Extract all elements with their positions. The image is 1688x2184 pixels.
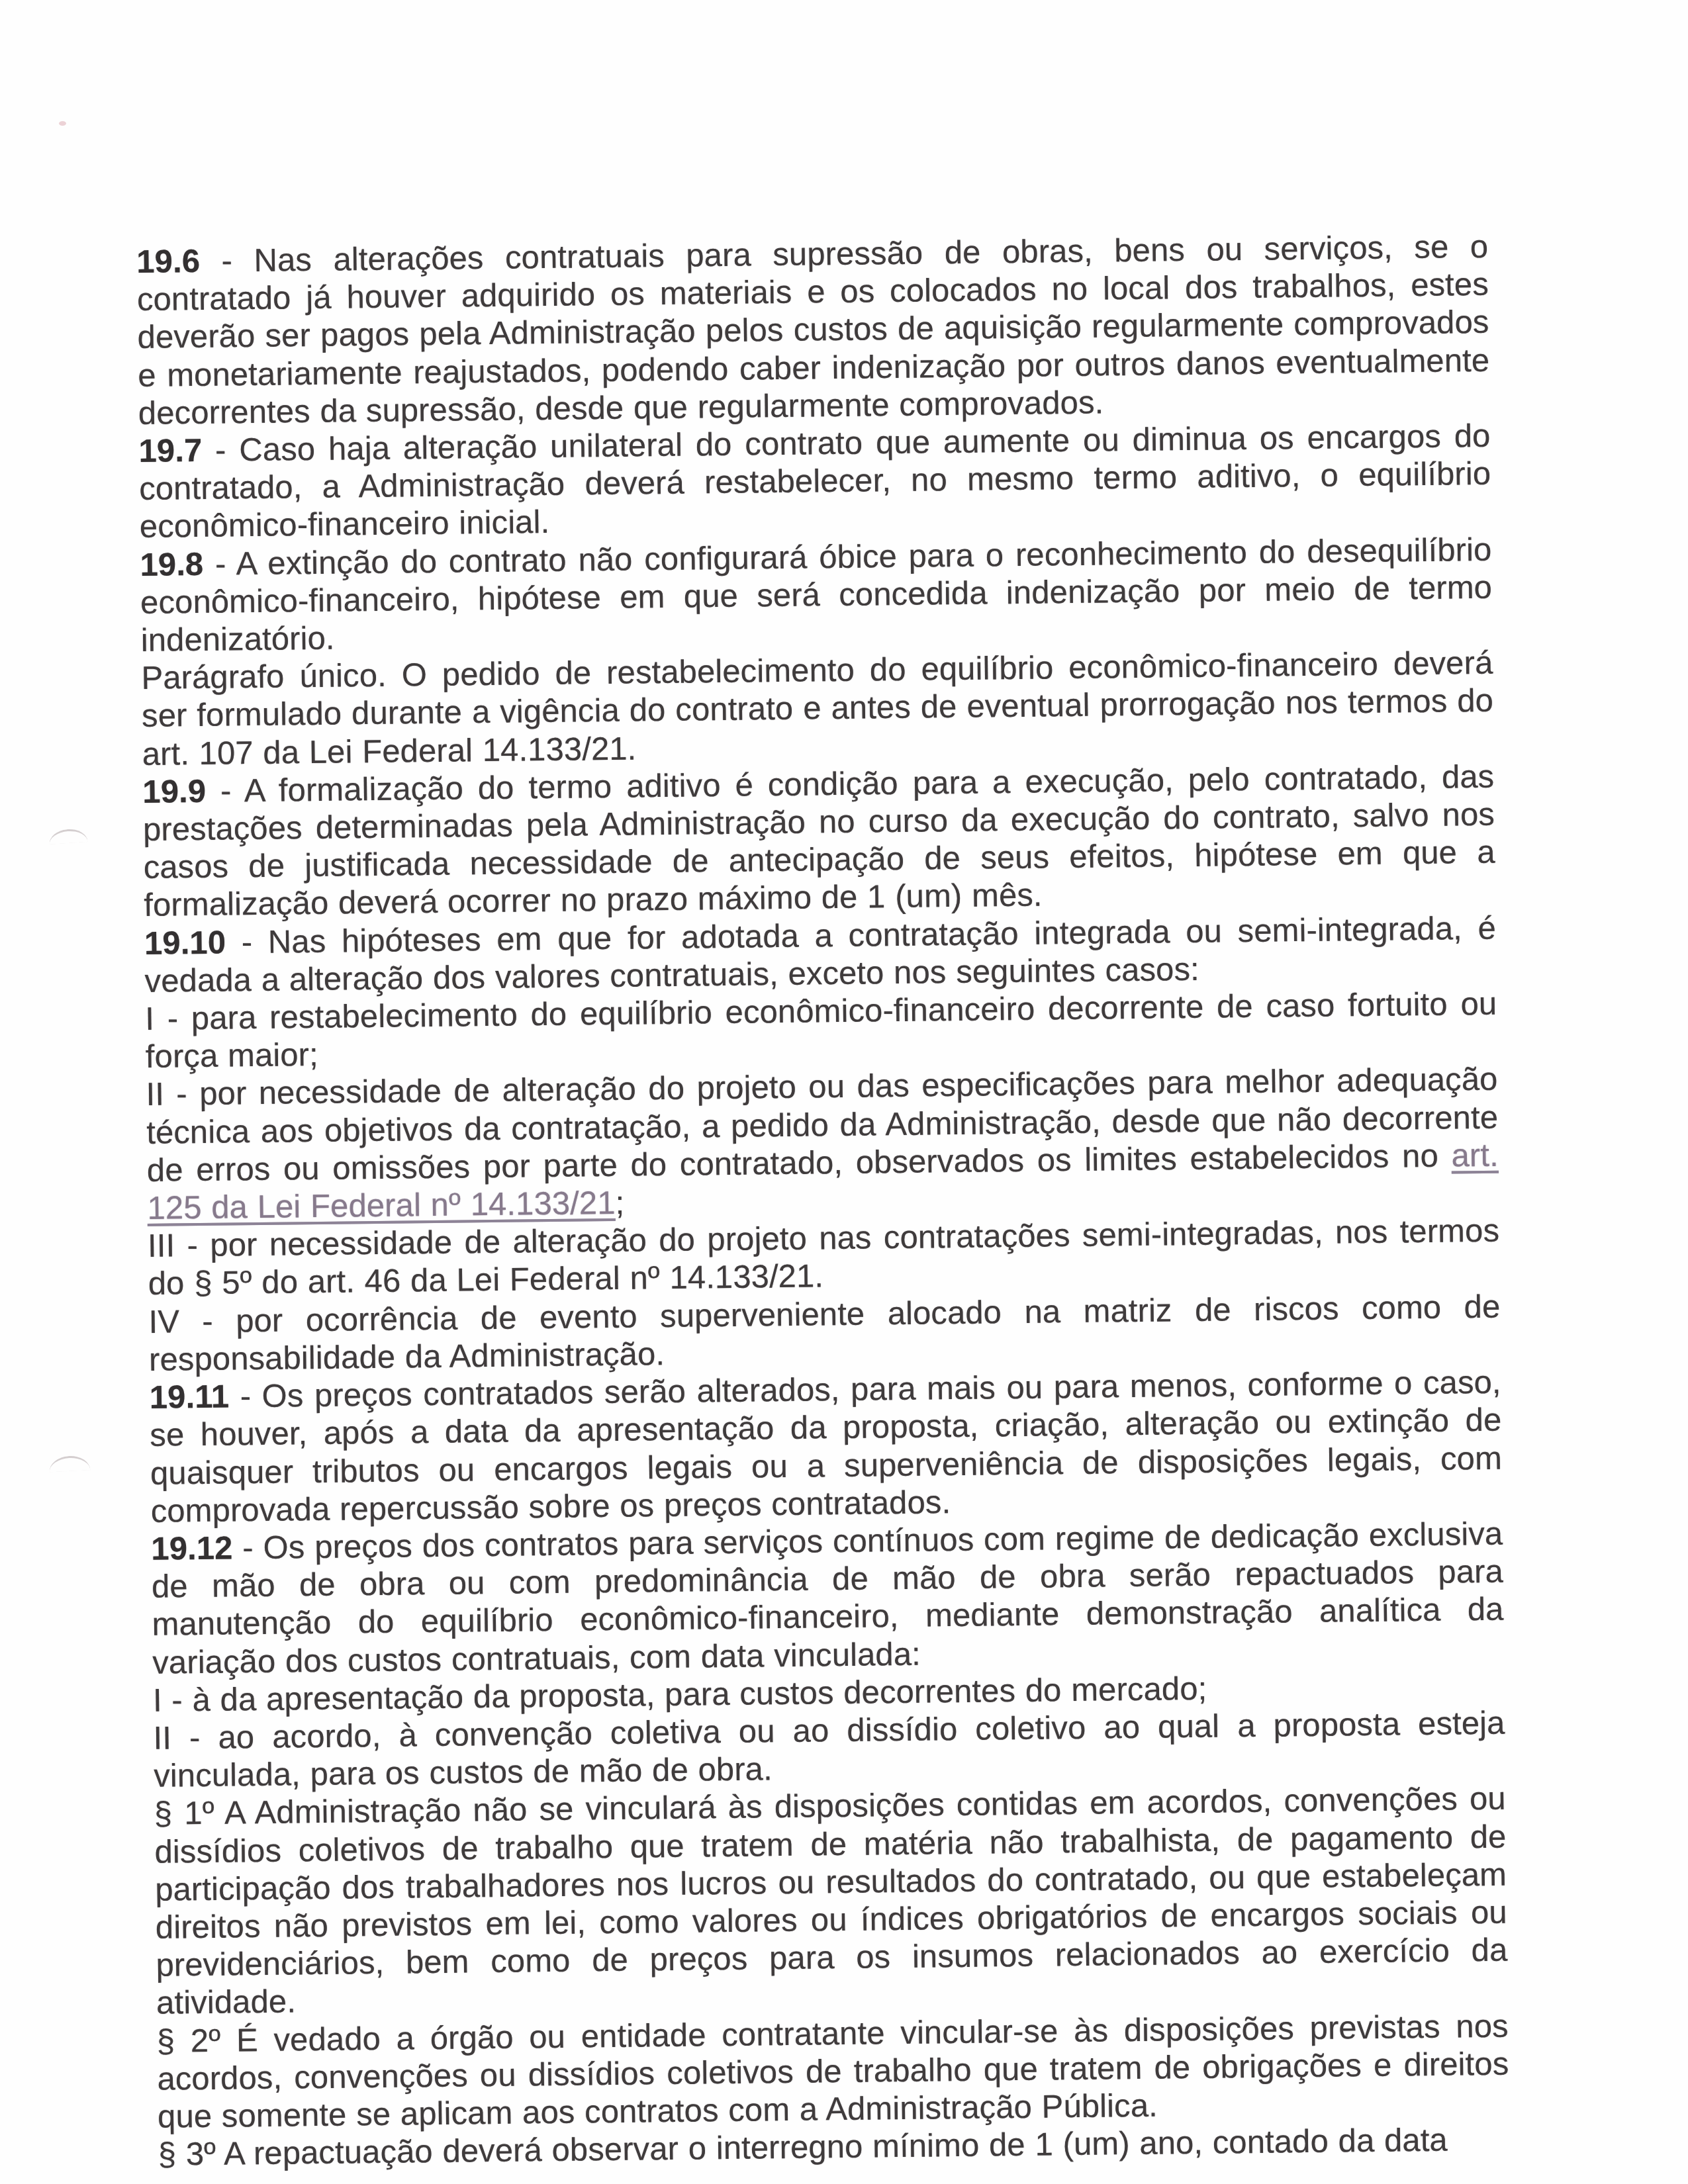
clause-text: - Os preços dos contratos para serviços …: [152, 1516, 1504, 1681]
clause-text: § 2º É vedado a órgão ou entidade contra…: [157, 2008, 1509, 2135]
clause-text: - Nas alterações contratuais para supres…: [137, 229, 1490, 432]
clause-text: Parágrafo único. O pedido de restabeleci…: [141, 645, 1493, 772]
pencil-mark-top: [48, 828, 87, 844]
clause-text: II - ao acordo, à convenção coletiva ou …: [153, 1706, 1505, 1794]
clause-paragraph: 19.12 - Os preços dos contratos para ser…: [151, 1516, 1504, 1682]
clause-paragraph: II - por necessidade de alteração do pro…: [146, 1061, 1499, 1228]
clause-paragraph: 19.6 - Nas alterações contratuais para s…: [136, 228, 1490, 433]
document-text: 19.6 - Nas alterações contratuais para s…: [136, 228, 1510, 2174]
clause-paragraph: Parágrafo único. O pedido de restabeleci…: [141, 645, 1494, 774]
clause-text: ;: [615, 1185, 624, 1221]
clause-number: 19.11: [149, 1379, 229, 1416]
scanned-document-page: 19.6 - Nas alterações contratuais para s…: [0, 0, 1688, 2184]
clause-number: 19.8: [140, 547, 203, 583]
clause-paragraph: 19.11 - Os preços contratados serão alte…: [149, 1364, 1502, 1531]
clause-number: 19.9: [142, 774, 206, 810]
clause-text: IV - por ocorrência de evento supervenie…: [148, 1289, 1500, 1377]
clause-number: 19.10: [144, 925, 226, 961]
clause-text: I - para restabelecimento do equilíbrio …: [145, 986, 1497, 1075]
pencil-mark-bottom: [48, 1455, 90, 1472]
clause-text: - Nas hipóteses em que for adotada a con…: [144, 910, 1496, 999]
clause-text: - Os preços contratados serão alterados,…: [150, 1365, 1502, 1529]
clause-text: § 1º A Administração não se vinculará às…: [154, 1781, 1508, 2021]
clause-text: - A formalização do termo aditivo é cond…: [143, 759, 1495, 924]
clause-text: II - por necessidade de alteração do pro…: [146, 1062, 1498, 1189]
clause-text: - Caso haja alteração unilateral do cont…: [139, 418, 1491, 545]
clause-paragraph: 19.9 - A formalização do termo aditivo é…: [142, 758, 1495, 925]
clause-paragraph: 19.8 - A extinção do contrato não config…: [140, 531, 1493, 660]
clause-number: 19.7: [138, 433, 202, 469]
scan-speck: [59, 121, 66, 126]
clause-paragraph: § 2º É vedado a órgão ou entidade contra…: [156, 2007, 1509, 2136]
clause-number: 19.6: [136, 244, 200, 280]
clause-text: - A extinção do contrato não configurará…: [140, 531, 1492, 659]
clause-paragraph: § 1º A Administração não se vinculará às…: [154, 1780, 1509, 2023]
clause-number: 19.12: [151, 1530, 233, 1567]
clause-paragraph: 19.7 - Caso haja alteração unilateral do…: [138, 418, 1491, 547]
clause-text: III - por necessidade de alteração do pr…: [148, 1213, 1499, 1302]
